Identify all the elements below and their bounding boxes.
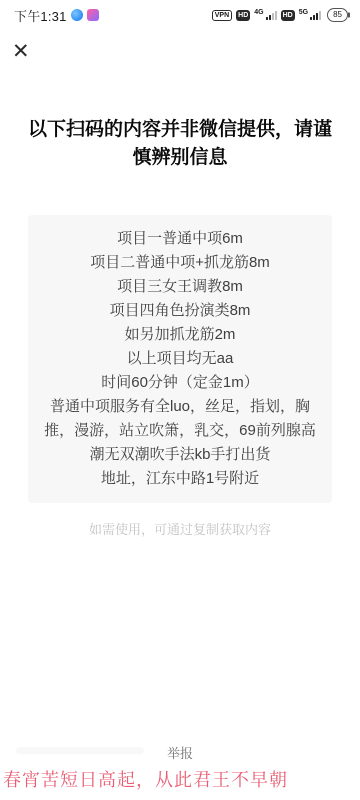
scanned-content-line: 地址，江东中路1号附近 xyxy=(38,467,322,491)
signal-4g: 4G xyxy=(254,10,276,20)
scanned-content-line: 如另加抓龙筋2m xyxy=(38,323,322,347)
signal-bars-icon-4g xyxy=(266,10,277,20)
scanned-content-line: 项目四角色扮演类8m xyxy=(38,299,322,323)
scan-result-screen: { "status_bar": { "time": "下午1:31", "vpn… xyxy=(0,0,360,800)
scanned-content-line: 项目二普通中项+抓龙筋8m xyxy=(38,251,322,275)
network-4g-label: 4G xyxy=(254,9,263,16)
copy-hint: 如需使用，可通过复制获取内容 xyxy=(0,519,360,538)
vpn-badge: VPN xyxy=(212,10,232,21)
battery-icon: 85 xyxy=(327,8,348,22)
signal-bars-icon-5g xyxy=(310,10,321,20)
header: ✕ xyxy=(0,30,360,64)
status-bar-right: VPN HD 4G HD 5G 85 xyxy=(212,8,348,22)
status-bar-left: 下午1:31 xyxy=(14,6,99,25)
scanned-content-line: 项目三女王调教8m xyxy=(38,275,322,299)
network-5g-label: 5G xyxy=(299,9,308,16)
warning-title: 以下扫码的内容并非微信提供，请谨慎辨别信息 xyxy=(24,116,336,172)
pink-app-notification-icon xyxy=(87,9,99,21)
signal-5g: 5G xyxy=(299,10,321,20)
scanned-content-line: 以上项目均无aa xyxy=(38,347,322,371)
blue-app-notification-icon xyxy=(71,9,83,21)
scanned-content-box: 项目一普通中项6m项目二普通中项+抓龙筋8m项目三女王调教8m项目四角色扮演类8… xyxy=(28,215,332,503)
status-bar: 下午1:31 VPN HD 4G HD 5G 85 xyxy=(0,0,360,30)
report-link[interactable]: 举报 xyxy=(0,743,360,762)
poem-overlay-text: 春宵苦短日高起，从此君王不早朝 xyxy=(3,766,288,792)
scanned-content-line: 项目一普通中项6m xyxy=(38,227,322,251)
clock: 下午1:31 xyxy=(14,6,67,25)
hd-voice-icon-2: HD xyxy=(281,10,295,21)
close-icon[interactable]: ✕ xyxy=(12,40,40,64)
hd-voice-icon-1: HD xyxy=(236,10,250,21)
scanned-content-line: 普通中项服务有全luo，丝足，指划，胸推，漫游，站立吹箫，乳交，69前列腺高潮无… xyxy=(38,395,322,467)
scanned-content-line: 时间60分钟（定金1m） xyxy=(38,371,322,395)
